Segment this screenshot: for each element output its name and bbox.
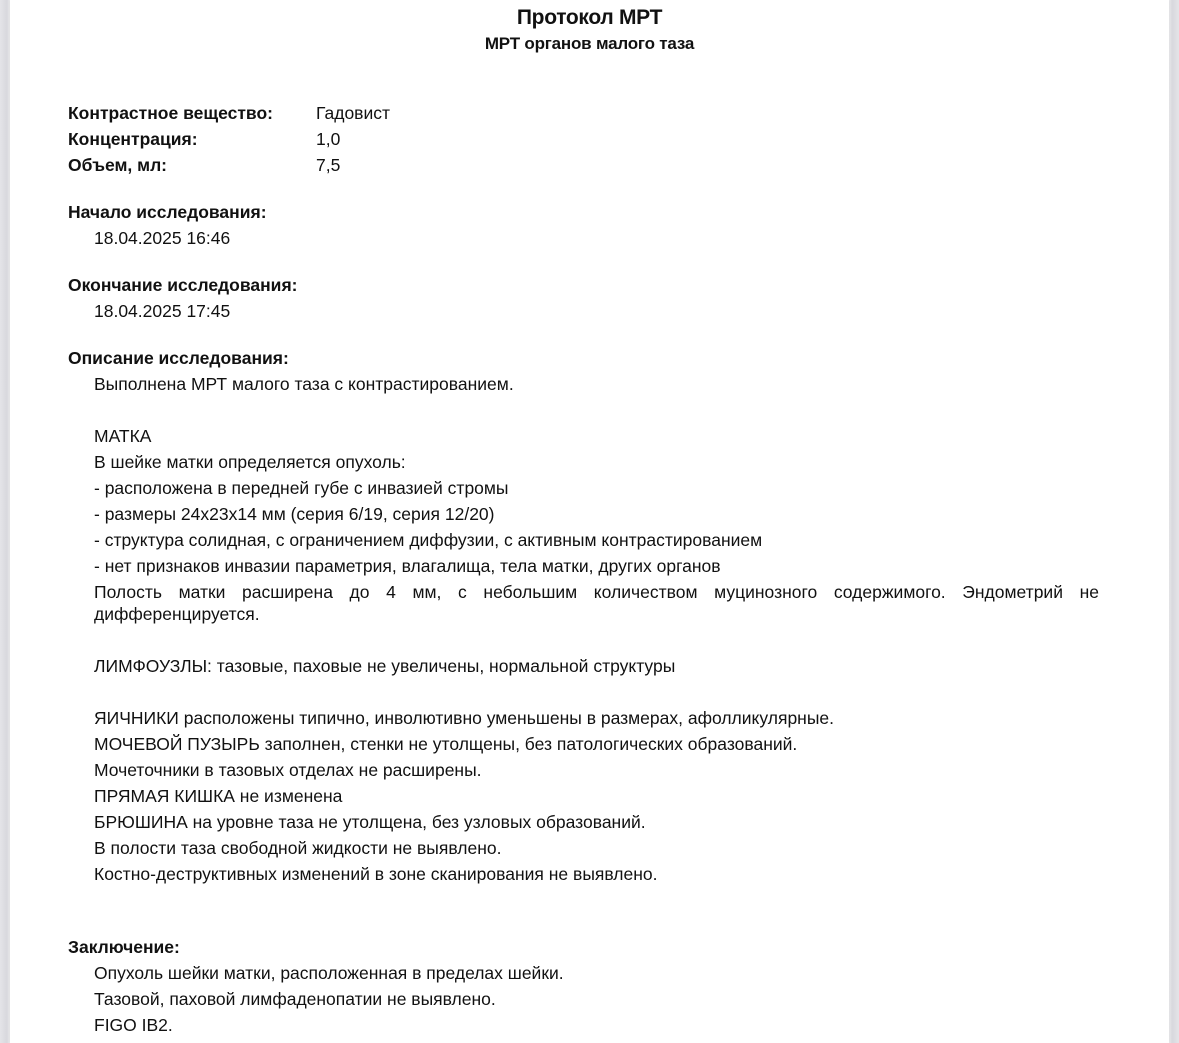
finding-line: Костно-деструктивных изменений в зоне ск… <box>94 861 1129 887</box>
conclusion-line: FIGO IB2. <box>94 1012 1129 1038</box>
document-subtitle: МРТ органов малого таза <box>10 33 1169 55</box>
study-end-label: Окончание исследования: <box>68 272 1129 298</box>
contrast-agent-row: Контрастное вещество: Гадовист <box>68 100 1129 126</box>
volume-value: 7,5 <box>316 152 340 178</box>
uterus-line: В шейке матки определяется опухоль: <box>94 449 1129 475</box>
document-body: Контрастное вещество: Гадовист Концентра… <box>68 100 1129 1038</box>
finding-line: ПРЯМАЯ КИШКА не изменена <box>94 783 1129 809</box>
concentration-row: Концентрация: 1,0 <box>68 126 1129 152</box>
description-intro: Выполнена МРТ малого таза с контрастиров… <box>94 371 1129 397</box>
study-end-section: Окончание исследования: 18.04.2025 17:45 <box>68 272 1129 324</box>
uterus-line: - размеры 24х23х14 мм (серия 6/19, серия… <box>94 501 1129 527</box>
description-label: Описание исследования: <box>68 345 1129 371</box>
conclusion-line: Тазовой, паховой лимфаденопатии не выявл… <box>94 986 1129 1012</box>
study-end-value: 18.04.2025 17:45 <box>68 298 1129 324</box>
lymph-nodes-text: ЛИМФОУЗЛЫ: тазовые, паховые не увеличены… <box>94 653 1129 679</box>
volume-row: Объем, мл: 7,5 <box>68 152 1129 178</box>
finding-line: МОЧЕВОЙ ПУЗЫРЬ заполнен, стенки не утолщ… <box>94 731 1129 757</box>
concentration-label: Концентрация: <box>68 126 316 152</box>
finding-line: ЯИЧНИКИ расположены типично, инволютивно… <box>94 705 1129 731</box>
uterus-line: - расположена в передней губе с инвазией… <box>94 475 1129 501</box>
finding-line: В полости таза свободной жидкости не выя… <box>94 835 1129 861</box>
conclusion-label: Заключение: <box>68 934 1129 960</box>
uterus-line: - структура солидная, с ограничением диф… <box>94 527 1129 553</box>
volume-label: Объем, мл: <box>68 152 316 178</box>
uterus-line: - нет признаков инвазии параметрия, влаг… <box>94 553 1129 579</box>
uterus-heading: МАТКА <box>94 423 1129 449</box>
contrast-agent-label: Контрастное вещество: <box>68 100 316 126</box>
description-section: Описание исследования: Выполнена МРТ мал… <box>68 345 1129 887</box>
uterus-cavity-text: Полость матки расширена до 4 мм, с небол… <box>94 579 1129 627</box>
conclusion-section: Заключение: Опухоль шейки матки, располо… <box>68 934 1129 1038</box>
conclusion-line: Опухоль шейки матки, расположенная в пре… <box>94 960 1129 986</box>
contrast-section: Контрастное вещество: Гадовист Концентра… <box>68 100 1129 178</box>
contrast-agent-value: Гадовист <box>316 100 390 126</box>
finding-line: БРЮШИНА на уровне таза не утолщена, без … <box>94 809 1129 835</box>
study-start-value: 18.04.2025 16:46 <box>68 225 1129 251</box>
right-margin <box>1169 0 1179 1043</box>
study-start-label: Начало исследования: <box>68 199 1129 225</box>
document-page: Протокол МРТ МРТ органов малого таза Кон… <box>10 0 1169 1043</box>
left-margin <box>0 0 10 1043</box>
study-start-section: Начало исследования: 18.04.2025 16:46 <box>68 199 1129 251</box>
concentration-value: 1,0 <box>316 126 340 152</box>
document-title: Протокол МРТ <box>10 5 1169 31</box>
finding-line: Мочеточники в тазовых отделах не расшире… <box>94 757 1129 783</box>
